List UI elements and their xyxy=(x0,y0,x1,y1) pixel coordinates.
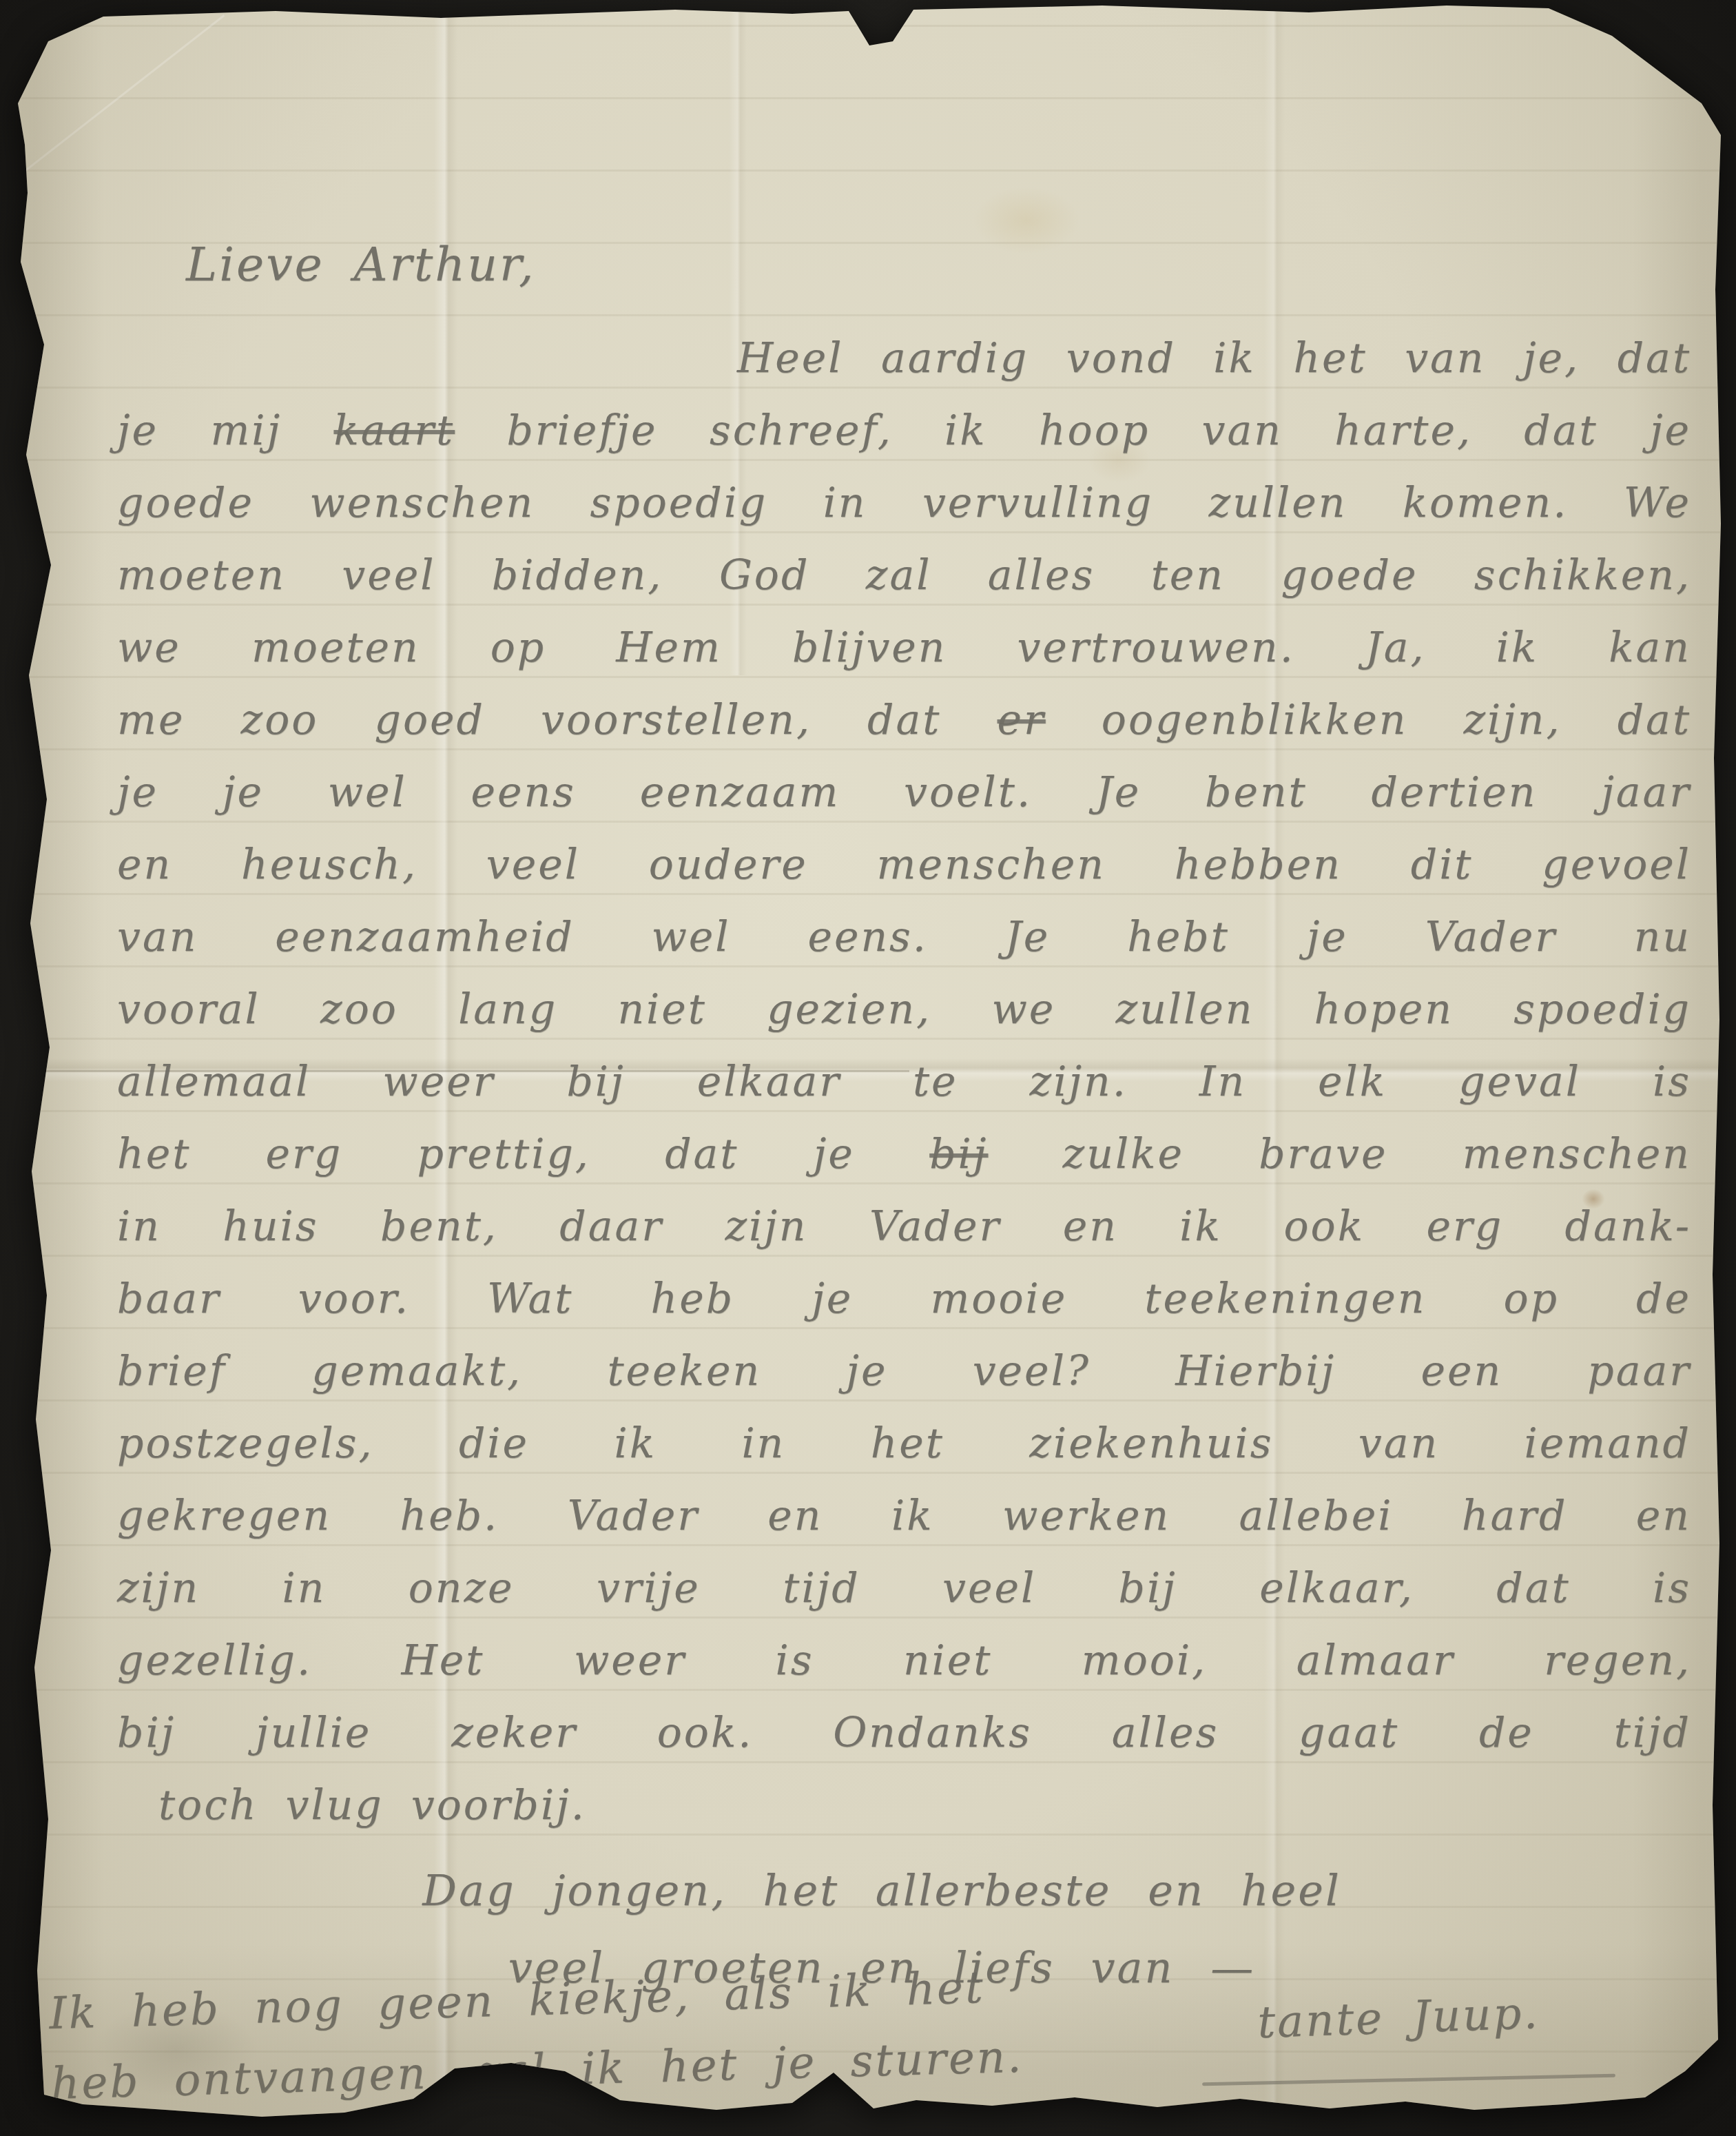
letter-line: Heel aardig vond ik het van je, dat xyxy=(117,322,1691,395)
letter-line: je mij kaart briefje schreef, ik hoop va… xyxy=(117,395,1691,467)
letter-line: vooral zoo lang niet gezien, we zullen h… xyxy=(117,974,1691,1046)
letter-line: het erg prettig, dat je bij zulke brave … xyxy=(117,1118,1691,1191)
paper-stain xyxy=(951,172,1102,269)
letter-line: gezellig. Het weer is niet mooi, almaar … xyxy=(117,1625,1691,1697)
struck-word: er xyxy=(998,696,1046,744)
letter-line: toch vlug voorbij. xyxy=(117,1769,1691,1842)
closing-line: Dag jongen, het allerbeste en heel xyxy=(296,1852,1467,1929)
struck-word: bij xyxy=(929,1130,988,1178)
letter-line: moeten veel bidden, God zal alles ten go… xyxy=(117,540,1691,612)
body-lines: Heel aardig vond ik het van je, datje mi… xyxy=(117,322,1691,1842)
corner-crease xyxy=(0,14,225,194)
line-text: baar voor. Wat heb je mooie teekeningen … xyxy=(117,1275,1691,1323)
line-text: het erg prettig, dat je xyxy=(117,1130,929,1178)
letter-paper: Lieve Arthur, Heel aardig vond ik het va… xyxy=(0,0,1736,2136)
line-text: van eenzaamheid wel eens. Je hebt je Vad… xyxy=(117,913,1691,961)
line-text: brief gemaakt, teeken je veel? Hierbij e… xyxy=(117,1347,1691,1395)
letter-line: en heusch, veel oudere menschen hebben d… xyxy=(117,829,1691,901)
letter-line: me zoo goed voorstellen, dat er oogenbli… xyxy=(117,684,1691,757)
letter-line: postzegels, die ik in het ziekenhuis van… xyxy=(117,1408,1691,1480)
line-text: allemaal weer bij elkaar te zijn. In elk… xyxy=(117,1058,1691,1106)
letter-line: van eenzaamheid wel eens. Je hebt je Vad… xyxy=(117,901,1691,974)
letter-line: je je wel eens eenzaam voelt. Je bent de… xyxy=(117,757,1691,829)
letter-line: allemaal weer bij elkaar te zijn. In elk… xyxy=(117,1046,1691,1118)
letter-line: we moeten op Hem blijven vertrouwen. Ja,… xyxy=(117,612,1691,684)
line-text: in huis bent, daar zijn Vader en ik ook … xyxy=(117,1202,1691,1251)
line-text: briefje schreef, ik hoop van harte, dat … xyxy=(455,407,1691,455)
letter-line: bij jullie zeker ook. Ondanks alles gaat… xyxy=(117,1697,1691,1769)
line-text: me zoo goed voorstellen, dat xyxy=(117,696,998,744)
line-text: moeten veel bidden, God zal alles ten go… xyxy=(117,551,1691,599)
line-text: we moeten op Hem blijven vertrouwen. Ja,… xyxy=(117,624,1691,672)
line-text: je je wel eens eenzaam voelt. Je bent de… xyxy=(117,768,1691,817)
line-text: bij jullie zeker ook. Ondanks alles gaat… xyxy=(117,1709,1691,1757)
line-text: en heusch, veel oudere menschen hebben d… xyxy=(117,841,1691,889)
signature-underline xyxy=(1202,2074,1615,2086)
salutation: Lieve Arthur, xyxy=(186,238,536,292)
letter-line: zijn in onze vrije tijd veel bij elkaar,… xyxy=(117,1552,1691,1625)
line-text: postzegels, die ik in het ziekenhuis van… xyxy=(117,1419,1691,1468)
paper-sheet: Lieve Arthur, Heel aardig vond ik het va… xyxy=(0,0,1736,2136)
photo-background: Lieve Arthur, Heel aardig vond ik het va… xyxy=(0,0,1736,2136)
line-text: goede wenschen spoedig in vervulling zul… xyxy=(117,479,1691,527)
line-text: gezellig. Het weer is niet mooi, almaar … xyxy=(117,1636,1691,1685)
line-text: zulke brave menschen xyxy=(988,1130,1691,1178)
letter-line: goede wenschen spoedig in vervulling zul… xyxy=(117,467,1691,540)
line-text: toch vlug voorbij. xyxy=(158,1781,586,1829)
letter-line: gekregen heb. Vader en ik werken allebei… xyxy=(117,1480,1691,1552)
letter-line: baar voor. Wat heb je mooie teekeningen … xyxy=(117,1263,1691,1335)
struck-word: kaart xyxy=(333,407,455,455)
line-text: oogenblikken zijn, dat xyxy=(1046,696,1691,744)
line-text: gekregen heb. Vader en ik werken allebei… xyxy=(117,1492,1691,1540)
line-text: je mij xyxy=(117,407,333,455)
letter-line: in huis bent, daar zijn Vader en ik ook … xyxy=(117,1191,1691,1263)
line-text: vooral zoo lang niet gezien, we zullen h… xyxy=(117,985,1691,1034)
letter-line: brief gemaakt, teeken je veel? Hierbij e… xyxy=(117,1335,1691,1408)
postscript-block: Ik heb nog geen kiekje, als ik het heb o… xyxy=(48,1945,1250,2119)
line-text: zijn in onze vrije tijd veel bij elkaar,… xyxy=(117,1564,1691,1612)
line-text: Heel aardig vond ik het van je, dat xyxy=(737,334,1691,382)
